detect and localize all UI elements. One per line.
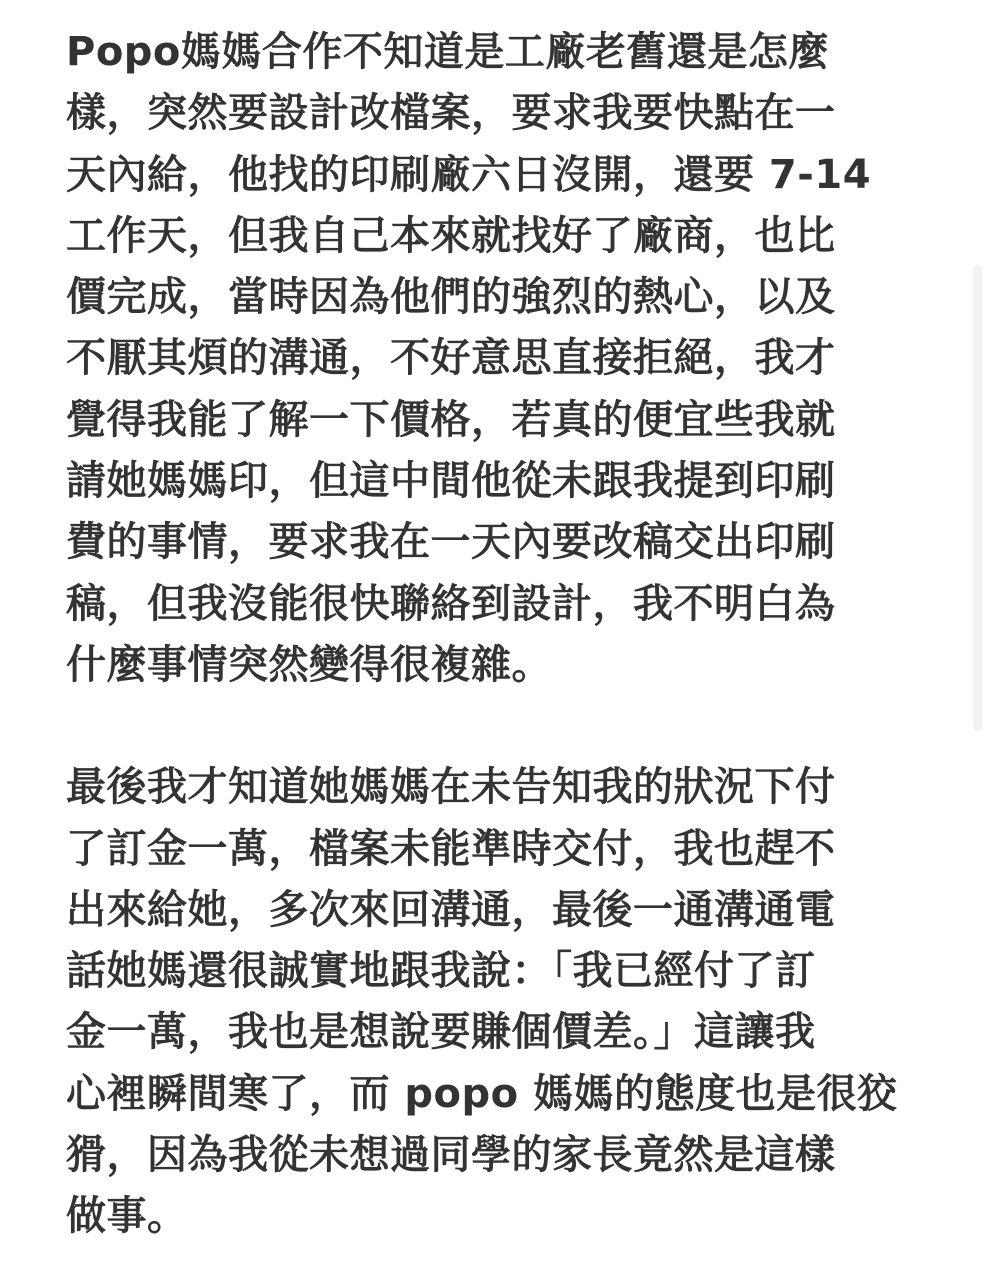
- text-line: 出來給她，多次來回溝通，最後一通溝通電: [66, 880, 926, 941]
- text-line: 樣，突然要設計改檔案，要求我要快點在一: [66, 83, 926, 144]
- text-line: 工作天，但我自己本來就找好了廠商，也比: [66, 206, 926, 267]
- text-line: 最後我才知道她媽媽在未告知我的狀況下付: [66, 757, 926, 818]
- text-line: 金一萬，我也是想說要賺個價差。」這讓我: [66, 1002, 926, 1063]
- text-line: 天內給，他找的印刷廠六日沒開，還要 7-14: [66, 145, 926, 206]
- text-line: 什麼事情突然變得很複雜。: [66, 635, 926, 696]
- vertical-scrollbar[interactable]: [973, 265, 982, 731]
- text-line: 價完成，當時因為他們的強烈的熱心，以及: [66, 267, 926, 328]
- paragraph-spacer: [66, 696, 926, 757]
- paragraph-1: Popo媽媽合作不知道是工廠老舊還是怎麼 樣，突然要設計改檔案，要求我要快點在一…: [66, 22, 926, 696]
- paragraph-2: 最後我才知道她媽媽在未告知我的狀況下付 了訂金一萬，檔案未能準時交付，我也趕不 …: [66, 757, 926, 1247]
- document-body: Popo媽媽合作不知道是工廠老舊還是怎麼 樣，突然要設計改檔案，要求我要快點在一…: [66, 22, 926, 1248]
- text-line: 請她媽媽印，但這中間他從未跟我提到印刷: [66, 451, 926, 512]
- text-line: 稿，但我沒能很快聯絡到設計，我不明白為: [66, 574, 926, 635]
- text-line: 不厭其煩的溝通，不好意思直接拒絕，我才: [66, 328, 926, 389]
- text-line: 話她媽還很誠實地跟我說：「我已經付了訂: [66, 941, 926, 1002]
- text-line: 做事。: [66, 1186, 926, 1247]
- text-line: 猾，因為我從未想過同學的家長竟然是這樣: [66, 1125, 926, 1186]
- text-line: 費的事情，要求我在一天內要改稿交出印刷: [66, 512, 926, 573]
- text-line: 心裡瞬間寒了，而 popo 媽媽的態度也是很狡: [66, 1064, 926, 1125]
- text-line: 覺得我能了解一下價格，若真的便宜些我就: [66, 390, 926, 451]
- text-line: 了訂金一萬，檔案未能準時交付，我也趕不: [66, 819, 926, 880]
- text-line: Popo媽媽合作不知道是工廠老舊還是怎麼: [66, 22, 926, 83]
